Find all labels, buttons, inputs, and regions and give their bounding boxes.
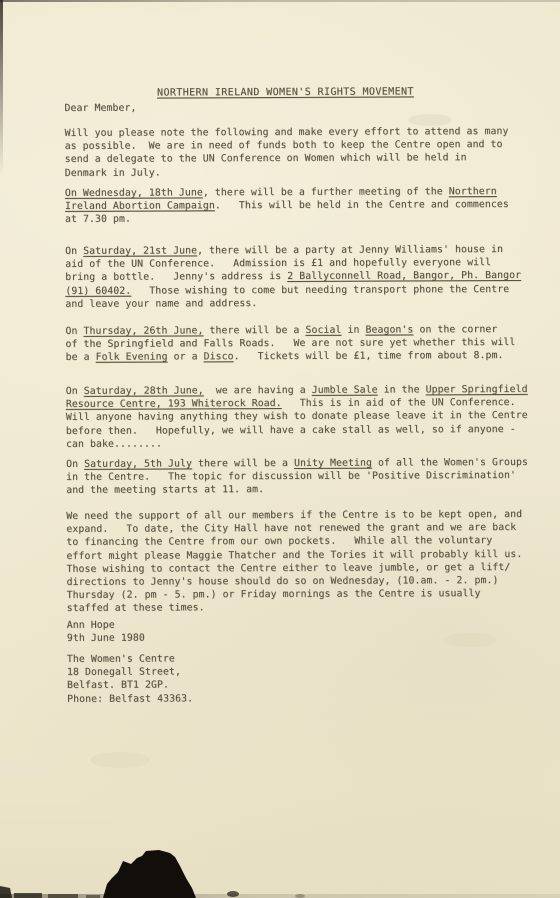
text-line: in the Centre. The topic for discussion …: [66, 469, 528, 484]
text-line: and the meeting starts at 11. am.: [66, 482, 528, 497]
text-line: send a delegate to the UN Conference on …: [65, 151, 509, 166]
letter-content: NORTHERN IRELAND WOMEN'S RIGHTS MOVEMENT…: [0, 0, 560, 898]
paragraph-28th-june: On Saturday, 28th June, we are having a …: [66, 383, 528, 451]
signature-block: Ann Hope9th June 1980: [67, 619, 145, 646]
paragraph-centre-appeal: We need the support of all our members i…: [66, 508, 522, 616]
text-line: at 7.30 pm.: [65, 211, 509, 226]
text-line: Ann Hope: [67, 619, 145, 633]
scan-edge-bottom: [0, 894, 560, 898]
text-line: be a Folk Evening or a Disco. Tickets wi…: [66, 349, 516, 364]
text-line: Phone: Belfast 43363.: [67, 692, 193, 706]
text-line: Belfast. BT1 2GP.: [67, 679, 193, 693]
text-line: and leave your name and address.: [65, 296, 521, 311]
letter-title-text: NORTHERN IRELAND WOMEN'S RIGHTS MOVEMENT: [157, 86, 414, 98]
scan-edge-left: [0, 0, 3, 175]
text-line: staffed at these times.: [67, 600, 523, 615]
text-line: before then. Hopefully, we will have a c…: [66, 423, 528, 438]
text-line: Ireland Abortion Campaign. This will be …: [65, 198, 509, 213]
letter-title: NORTHERN IRELAND WOMEN'S RIGHTS MOVEMENT: [0, 79, 558, 101]
paragraph-21st-june: On Saturday, 21st June, there will be a …: [65, 243, 521, 311]
text-line: (91) 60402. Those wishing to come but ne…: [65, 283, 521, 298]
text-line: Denmark in July.: [65, 165, 509, 180]
salutation: Dear Member,: [64, 102, 136, 116]
text-line: 18 Donegall Street,: [67, 666, 193, 680]
scanned-letter-page: NORTHERN IRELAND WOMEN'S RIGHTS MOVEMENT…: [0, 0, 560, 898]
paragraph-intro: Will you please note the following and m…: [65, 125, 509, 180]
text-line: can bake........: [66, 436, 528, 451]
paragraph-5th-july: On Saturday, 5th July there will be a Un…: [66, 456, 528, 498]
address-block: The Women's Centre18 Donegall Street,Bel…: [67, 652, 193, 705]
text-line: The Women's Centre: [67, 652, 193, 666]
paragraph-18th-june: On Wednesday, 18th June, there will be a…: [65, 185, 509, 227]
scan-edge-top: [0, 0, 560, 2]
text-line: 9th June 1980: [67, 632, 145, 646]
text-line: Thursday (2. pm - 5. pm.) or Friday morn…: [67, 587, 523, 602]
paragraph-26th-june: On Thursday, 26th June, there will be a …: [65, 323, 515, 365]
